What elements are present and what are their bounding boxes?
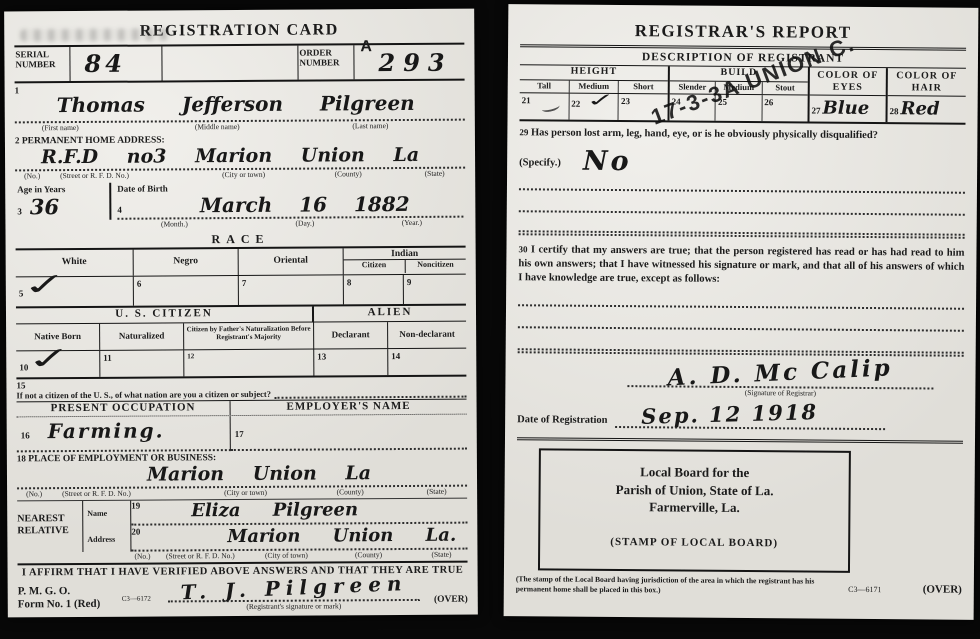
age-dob-row: Age in Years 336 Date of Birth 4March 16… bbox=[15, 181, 465, 221]
over-label: (OVER) bbox=[420, 579, 468, 610]
age-cell: Age in Years 336 bbox=[15, 183, 111, 221]
employment-no-label: (No.) bbox=[26, 489, 42, 498]
citizen-box-13: 13 bbox=[314, 349, 388, 375]
race-box-7: 7 bbox=[239, 275, 344, 305]
non-declarant-label: Non-declarant bbox=[388, 322, 466, 348]
relative-no-label: (No.) bbox=[134, 552, 150, 561]
employer-number: 17 bbox=[235, 429, 244, 439]
registration-date-row: Date of Registration Sep. 12 1918 bbox=[517, 398, 963, 432]
date-of-registration-label: Date of Registration bbox=[517, 415, 608, 429]
q30-number: 30 bbox=[518, 244, 527, 254]
eyes-group: COLOR OF EYES 27Blue bbox=[809, 68, 887, 123]
order-number-label: ORDER NUMBER bbox=[298, 45, 354, 79]
employment-state-label: (State) bbox=[427, 487, 447, 496]
relative-name-number: 19 bbox=[131, 501, 140, 511]
eyes-box-27: 27Blue bbox=[809, 96, 885, 123]
indian-citizen-label: Citizen bbox=[344, 260, 406, 273]
serial-order-row: SERIAL NUMBER 84 ORDER NUMBER A 293 bbox=[14, 43, 464, 84]
registration-card-header: REGISTRATION CARD bbox=[14, 21, 464, 46]
q30-divider-dotted bbox=[518, 349, 964, 358]
employment-street-label: (Street or R. F. D. No.) bbox=[62, 489, 131, 498]
employment-city-label: (City or town) bbox=[224, 488, 267, 497]
relative-name-label: Name bbox=[83, 501, 130, 527]
order-stamp-letter: A bbox=[360, 38, 372, 56]
hair-box-number: 28 bbox=[890, 106, 899, 116]
race-col-negro: Negro bbox=[134, 249, 239, 276]
height-group: HEIGHT Tall Medium Short 21 22✓ 23 bbox=[520, 65, 670, 120]
employment-place-section: 18 PLACE OF EMPLOYMENT OR BUSINESS: Mari… bbox=[17, 451, 467, 501]
employment-place-value: Marion Union La bbox=[17, 462, 467, 490]
dob-cell: Date of Birth 4March 16 1882 bbox=[111, 181, 465, 220]
eyes-value-row: 27Blue bbox=[809, 95, 885, 123]
race-table: White Negro Oriental Indian Citizen Nonc… bbox=[16, 246, 466, 309]
race-box-8: 8 bbox=[344, 275, 404, 304]
citizen-box-11: 11 bbox=[100, 350, 184, 377]
nearest-relative-values: 19 Eliza Pilgreen 20 Marion Union La. bbox=[131, 499, 467, 552]
race-col-oriental: Oriental bbox=[239, 248, 344, 275]
dob-day-label: (Day.) bbox=[296, 219, 315, 228]
section-divider-dotted bbox=[519, 230, 965, 239]
occupation-header-row: PRESENT OCCUPATION EMPLOYER'S NAME bbox=[17, 399, 467, 417]
height-short-label: Short bbox=[619, 81, 668, 93]
employment-county-label: (County) bbox=[337, 487, 364, 496]
registrant-signature-value: T. J. Pilgreen bbox=[180, 571, 408, 604]
dob-value: March 16 1882 bbox=[122, 192, 410, 218]
address-county-label: (County) bbox=[335, 169, 362, 178]
relative-address-row: 20 Marion Union La. bbox=[131, 525, 467, 553]
q29-answer-line-2 bbox=[519, 190, 965, 216]
citizenship-number-row: 10✓ 11 12 13 14 bbox=[16, 349, 466, 380]
height-number-row: 21 22✓ 23 bbox=[520, 92, 668, 120]
serial-number-label: SERIAL NUMBER bbox=[14, 47, 70, 81]
nation-question-text: If not a citizen of the U. S., of what n… bbox=[16, 389, 270, 401]
middle-name-label: (Middle name) bbox=[195, 122, 240, 131]
hair-value-row: 28Red bbox=[887, 95, 965, 123]
height-box-22-number: 22 bbox=[571, 99, 580, 109]
age-value: 36 bbox=[22, 194, 59, 219]
registrars-report-title: REGISTRAR'S REPORT bbox=[520, 20, 966, 48]
relative-city-label: (City of town) bbox=[265, 551, 308, 560]
age-question-number: 3 bbox=[17, 206, 22, 216]
relative-address-label: Address bbox=[83, 527, 130, 553]
race-header-row: White Negro Oriental Indian Citizen Nonc… bbox=[16, 248, 466, 277]
q30-answer-line-2 bbox=[518, 307, 964, 333]
height-box-21: 21 bbox=[520, 93, 570, 119]
scan-smudge bbox=[20, 28, 170, 41]
signature-spacer-right bbox=[933, 367, 963, 399]
pmgo-label: P. M. G. O. bbox=[18, 585, 122, 599]
build-box-26: 26 bbox=[762, 95, 808, 121]
name-line-number: 1 bbox=[15, 85, 20, 95]
nation-question-section: 15 If not a citizen of the U. S., of wha… bbox=[16, 377, 466, 402]
relative-address-number: 20 bbox=[131, 527, 140, 537]
us-citizen-label: U. S. CITIZEN bbox=[16, 307, 314, 324]
q30-text: I certify that my answers are true; that… bbox=[518, 244, 964, 284]
order-number-value-box: A 293 bbox=[354, 45, 464, 80]
indian-label: Indian bbox=[344, 248, 466, 261]
employers-name-label: EMPLOYER'S NAME bbox=[231, 400, 467, 415]
q29-answer: No bbox=[583, 146, 632, 177]
section-rule bbox=[517, 438, 963, 445]
occupation-cell: 16 Farming. bbox=[17, 416, 231, 452]
registrant-name-value: Thomas Jefferson Pilgreen bbox=[15, 83, 465, 124]
registrars-report-footer: (The stamp of the Local Board having jur… bbox=[516, 575, 962, 597]
present-occupation-label: PRESENT OCCUPATION bbox=[17, 401, 231, 416]
stamp-box-footnote: (The stamp of the Local Board having jur… bbox=[516, 575, 834, 596]
address-street-label: (Street or R. F. D. No.) bbox=[60, 171, 129, 180]
signature-spacer bbox=[517, 364, 627, 397]
relative-name-row: 19 Eliza Pilgreen bbox=[131, 499, 467, 527]
q29-specify-label: (Specify.) bbox=[519, 157, 561, 168]
dob-year-label: (Year.) bbox=[402, 218, 422, 227]
height-tall-label: Tall bbox=[520, 80, 570, 92]
serial-number-value: 84 bbox=[70, 46, 162, 81]
color-of-hair-label: COLOR OF HAIR bbox=[888, 68, 966, 96]
address-state-label: (State) bbox=[425, 169, 445, 178]
race-col-indian: Indian Citizen Noncitizen bbox=[344, 248, 466, 275]
checkmark-icon: ✓ bbox=[21, 273, 69, 298]
q29-number: 29 bbox=[519, 127, 528, 137]
form-identifier: P. M. G. O. Form No. 1 (Red) bbox=[18, 581, 122, 613]
home-address-number: 2 bbox=[15, 135, 20, 145]
address-city-label: (City or town) bbox=[222, 170, 265, 179]
age-dob-section: Age in Years 336 Date of Birth 4March 16… bbox=[15, 181, 465, 232]
indian-subcolumns: Citizen Noncitizen bbox=[344, 260, 466, 274]
eyes-value: Blue bbox=[823, 98, 870, 119]
print-code: C3—6171 bbox=[834, 577, 896, 596]
employer-cell: 17 bbox=[231, 415, 467, 451]
registrar-signature-block: A. D. Mc Calip (Signature of Registrar) bbox=[517, 364, 963, 400]
relative-street-label: (Street or R. F. D. No.) bbox=[166, 551, 235, 560]
registrars-report-card: REGISTRAR'S REPORT DESCRIPTION OF REGIST… bbox=[504, 4, 979, 620]
registrant-signature-block: T. J. Pilgreen (Registrant's signature o… bbox=[168, 579, 420, 612]
form-number-label: Form No. 1 (Red) bbox=[18, 598, 122, 612]
serial-row-empty-box bbox=[162, 46, 298, 81]
registration-card-footer: P. M. G. O. Form No. 1 (Red) C3—6172 T. … bbox=[18, 579, 468, 613]
nearest-relative-label: NEAREST RELATIVE bbox=[17, 501, 83, 552]
height-box-21-number: 21 bbox=[522, 95, 531, 105]
hair-value: Red bbox=[901, 98, 940, 119]
naturalized-label: Naturalized bbox=[100, 323, 184, 350]
nearest-relative-block: NEAREST RELATIVE Name Address 19 Eliza P… bbox=[17, 498, 467, 553]
race-box-5: 5✓ bbox=[16, 277, 134, 307]
address-no-label: (No.) bbox=[24, 171, 40, 180]
alien-label: ALIEN bbox=[314, 306, 466, 322]
height-label: HEIGHT bbox=[520, 65, 668, 80]
home-address-section: 2 PERMANENT HOME ADDRESS: R.F.D no3 Mari… bbox=[15, 133, 465, 183]
declarant-label: Declarant bbox=[314, 322, 388, 348]
citizen-by-father-label: Citizen by Father's Naturalization Befor… bbox=[184, 323, 314, 350]
first-name-label: (First name) bbox=[42, 123, 79, 132]
race-box-6: 6 bbox=[134, 276, 239, 306]
indian-noncitizen-label: Noncitizen bbox=[405, 260, 466, 273]
dob-field-labels: (Month.) (Day.) (Year.) bbox=[111, 218, 465, 231]
citizenship-table: Native Born Naturalized Citizen by Fathe… bbox=[16, 322, 466, 380]
nation-question-blank bbox=[275, 389, 467, 399]
employer-value bbox=[244, 418, 258, 442]
checkmark-icon: ✓ bbox=[585, 93, 615, 107]
race-number-row: 5✓ 6 7 8 9 bbox=[16, 274, 466, 307]
citizen-box-12: 12 bbox=[184, 350, 314, 377]
description-table: 17-3-3A UNION C. HEIGHT Tall Medium Shor… bbox=[519, 65, 965, 125]
print-code: C3—6172 bbox=[122, 580, 168, 611]
relative-name-value: Eliza Pilgreen bbox=[131, 499, 467, 522]
registrar-signature-value: A. D. Mc Calip bbox=[667, 355, 893, 392]
last-name-label: (Last name) bbox=[352, 121, 388, 130]
citizen-box-14: 14 bbox=[388, 349, 466, 375]
eyes-box-number: 27 bbox=[812, 106, 821, 116]
home-address-value: R.F.D no3 Marion Union La bbox=[15, 144, 465, 172]
relative-address-value: Marion Union La. bbox=[131, 525, 467, 548]
question-30-section: 30 I certify that my answers are true; t… bbox=[518, 243, 965, 357]
nearest-relative-sublabels: Name Address bbox=[83, 501, 131, 552]
question-29-section: 29 Has person lost arm, leg, hand, eye, … bbox=[519, 127, 966, 238]
race-box-9: 9 bbox=[404, 275, 466, 304]
relative-county-label: (County) bbox=[355, 550, 382, 559]
citizenship-columns-row: Native Born Naturalized Citizen by Fathe… bbox=[16, 322, 466, 352]
name-line: 1 Thomas Jefferson Pilgreen (First name)… bbox=[15, 83, 465, 135]
local-board-stamp-box: Local Board for the Parish of Union, Sta… bbox=[538, 449, 851, 573]
height-box-22: 22✓ bbox=[569, 94, 619, 120]
employment-place-number: 18 bbox=[17, 453, 26, 463]
date-of-registration-value: Sep. 12 1918 bbox=[615, 399, 818, 429]
hair-group: COLOR OF HAIR 28Red bbox=[887, 68, 965, 123]
age-label: Age in Years bbox=[17, 184, 107, 195]
citizen-box-10: 10✓ bbox=[16, 351, 100, 378]
dob-month-label: (Month.) bbox=[161, 219, 188, 228]
stray-pen-mark bbox=[541, 102, 560, 114]
registration-card: REGISTRATION CARD SERIAL NUMBER 84 ORDER… bbox=[4, 9, 478, 618]
over-label: (OVER) bbox=[896, 578, 962, 597]
local-board-line-3: Farmerville, La. bbox=[544, 498, 844, 518]
occupation-value: Farming. bbox=[34, 418, 165, 443]
stamp-of-local-board-label: (STAMP OF LOCAL BOARD) bbox=[544, 535, 844, 549]
color-of-eyes-label: COLOR OF EYES bbox=[810, 68, 886, 96]
occupation-value-row: 16 Farming. 17 bbox=[17, 414, 467, 453]
hair-box-28: 28Red bbox=[887, 96, 965, 123]
relative-state-label: (State) bbox=[431, 550, 451, 559]
dob-question-number: 4 bbox=[117, 205, 122, 215]
occupation-number: 16 bbox=[21, 430, 30, 440]
checkmark-icon: ✓ bbox=[26, 347, 74, 372]
